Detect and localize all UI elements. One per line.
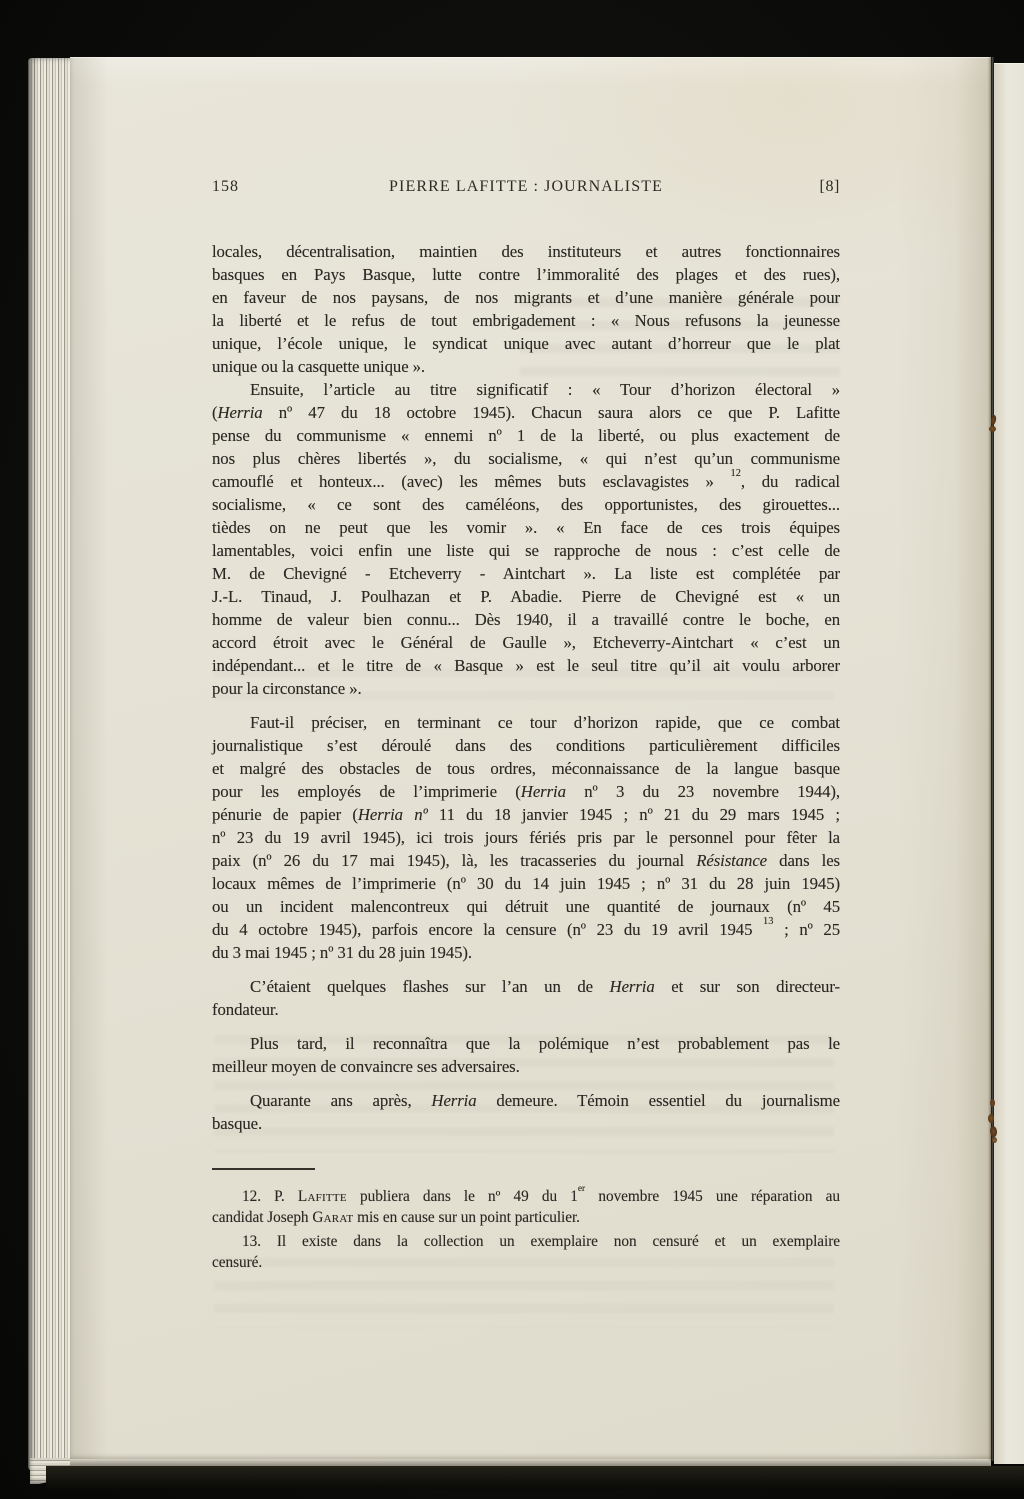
text-line: la liberté et le refus de tout embrigade…	[212, 309, 840, 332]
text-line: Ensuite, l’article au titre significatif…	[212, 378, 840, 401]
text-line: journalistique s’est déroulé dans des co…	[212, 734, 840, 757]
text-line: accord étroit avec le Général de Gaulle …	[212, 631, 840, 654]
foxing-speck	[989, 426, 996, 432]
text-line: unique, l’école unique, le syndicat uniq…	[212, 332, 840, 355]
text-line: fondateur.	[212, 998, 840, 1021]
text-line: 13. Il existe dans la collection un exem…	[212, 1231, 840, 1252]
scanned-book-photo: { "header": { "page_number": "158", "tit…	[0, 0, 1024, 1499]
paragraph: Faut-il préciser, en terminant ce tour d…	[212, 711, 840, 964]
text-line: camouflé et honteux... (avec) les mêmes …	[212, 470, 840, 493]
footnote: 12. P. Lafitte publiera dans le nº 49 du…	[212, 1186, 840, 1228]
text-line: locaux mêmes de l’imprimerie (nº 30 du 1…	[212, 872, 840, 895]
text-line: ou un incident malencontreux qui détruit…	[212, 895, 840, 918]
text-line: pense du communisme « ennemi nº 1 de la …	[212, 424, 840, 447]
facing-page-edge	[994, 63, 1024, 1464]
page-edge-stack	[28, 58, 72, 1470]
text-line: basques en Pays Basque, lutte contre l’i…	[212, 263, 840, 286]
text-line: Quarante ans après, Herria demeure. Témo…	[212, 1089, 840, 1112]
running-header: 158 PIERRE LAFITTE : JOURNALISTE [8]	[212, 178, 840, 198]
text-line: paix (nº 26 du 17 mai 1945), là, les tra…	[212, 849, 840, 872]
text-line: pour les employés de l’imprimerie (Herri…	[212, 780, 840, 803]
foxing-speck	[990, 1099, 995, 1107]
text-line: homme de valeur bien connu... Dès 1940, …	[212, 608, 840, 631]
paragraph: Plus tard, il reconnaîtra que la polémiq…	[212, 1032, 840, 1078]
text-line: du 3 mai 1945 ; nº 31 du 28 juin 1945).	[212, 941, 840, 964]
book-cover-edge	[46, 1466, 1024, 1489]
text-line: Faut-il préciser, en terminant ce tour d…	[212, 711, 840, 734]
text-line: nos plus chères libertés », du socialism…	[212, 447, 840, 470]
text-line: unique ou la casquette unique ».	[212, 355, 840, 378]
text-line: M. de Chevigné - Etcheverry - Aintchart …	[212, 562, 840, 585]
text-line: pour la circonstance ».	[212, 677, 840, 700]
text-line: tièdes on ne peut que les vomir ». « En …	[212, 516, 840, 539]
text-line: J.-L. Tinaud, J. Poulhazan et P. Abadie.…	[212, 585, 840, 608]
paragraph: Quarante ans après, Herria demeure. Témo…	[212, 1089, 840, 1135]
text-line: C’étaient quelques flashes sur l’an un d…	[212, 975, 840, 998]
page-body: locales, décentralisation, maintien des …	[212, 240, 840, 1135]
text-line: indépendant... et le titre de « Basque »…	[212, 654, 840, 677]
footnote: 13. Il existe dans la collection un exem…	[212, 1231, 840, 1273]
text-line: Plus tard, il reconnaîtra que la polémiq…	[212, 1032, 840, 1055]
text-line: 12. P. Lafitte publiera dans le nº 49 du…	[212, 1186, 840, 1207]
text-line: nº 23 du 19 avril 1945), ici trois jours…	[212, 826, 840, 849]
footnote-separator-rule	[212, 1168, 315, 1170]
header-bracket-number: [8]	[820, 178, 840, 196]
paragraph: C’étaient quelques flashes sur l’an un d…	[212, 975, 840, 1021]
text-line: (Herria nº 47 du 18 octobre 1945). Chacu…	[212, 401, 840, 424]
text-line: basque.	[212, 1112, 840, 1135]
text-line: et malgré des obstacles de tous ordres, …	[212, 757, 840, 780]
page-bottom-edge	[70, 1459, 991, 1466]
footnotes: 12. P. Lafitte publiera dans le nº 49 du…	[212, 1186, 840, 1273]
text-line: pénurie de papier (Herria nº 11 du 18 ja…	[212, 803, 840, 826]
foxing-speck	[992, 1137, 997, 1143]
text-line: socialisme, « ce sont des caméléons, des…	[212, 493, 840, 516]
text-line: du 4 octobre 1945), parfois encore la ce…	[212, 918, 840, 941]
foxing-speck	[988, 1114, 994, 1123]
text-line: lamentables, voici enfin une liste qui s…	[212, 539, 840, 562]
text-line: locales, décentralisation, maintien des …	[212, 240, 840, 263]
text-line: candidat Joseph Garat mis en cause sur u…	[212, 1207, 840, 1228]
paragraph: Ensuite, l’article au titre significatif…	[212, 378, 840, 700]
running-title: PIERRE LAFITTE : JOURNALISTE	[212, 178, 840, 196]
paragraph: locales, décentralisation, maintien des …	[212, 240, 840, 378]
text-line: censuré.	[212, 1252, 840, 1273]
text-line: meilleur moyen de convaincre ses adversa…	[212, 1055, 840, 1078]
text-line: en faveur de nos paysans, de nos migrant…	[212, 286, 840, 309]
